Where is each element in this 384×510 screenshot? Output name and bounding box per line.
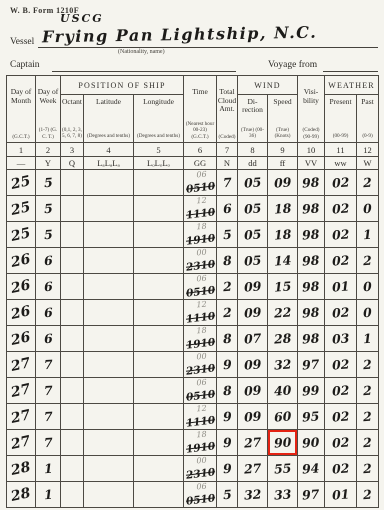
octant-cell [61, 326, 84, 352]
wind-speed-cell: 22 [268, 300, 298, 326]
day-of-week-cell: 7 [36, 352, 61, 378]
visibility-cell-value: 98 [302, 252, 320, 268]
col-num: 10 [298, 143, 325, 157]
day-of-week-cell-value: 7 [43, 356, 53, 372]
weather-present-cell: 01 [325, 274, 357, 300]
col-header-wind-direction: Di-rection(True) (00-36) [238, 95, 268, 143]
wind-speed-cell: 14 [268, 248, 298, 274]
col-num: 5 [134, 143, 184, 157]
latitude-cell [84, 352, 134, 378]
day-of-week-cell: 6 [36, 326, 61, 352]
original-time-struck: 0510 [185, 284, 215, 299]
col-title: Latitude [96, 96, 121, 107]
wind-speed-cell: 18 [268, 222, 298, 248]
cloud-amount-cell-value: 2 [222, 304, 232, 320]
weather-present-cell-value: 03 [331, 330, 349, 346]
day-of-week-cell: 6 [36, 300, 61, 326]
day-of-week-cell: 6 [36, 248, 61, 274]
weather-present-cell: 02 [325, 404, 357, 430]
longitude-cell [134, 170, 184, 196]
col-header-day-of-month: Day of Month(G.C.T.) [7, 76, 36, 143]
col-symbol: N [217, 157, 238, 170]
time-cell: 060510 [184, 482, 217, 508]
col-title: Visi-bility [298, 76, 324, 105]
column-symbol-row: — Y Q LₐLₐLₐ LₒLₒLₒ GG N dd ff VV ww W [7, 157, 379, 170]
weather-present-cell-value: 02 [331, 460, 349, 476]
weather-past-cell-value: 2 [363, 382, 373, 398]
weather-present-cell: 02 [325, 430, 357, 456]
table-row: 2661211102092298020 [7, 300, 379, 326]
original-time-struck: 1910 [185, 440, 215, 455]
col-symbol: Y [36, 157, 61, 170]
day-of-week-cell-value: 1 [43, 460, 53, 476]
weather-present-cell-value: 02 [331, 174, 349, 190]
day-of-month-cell-value: 27 [10, 355, 32, 375]
col-symbol: ff [268, 157, 298, 170]
corrected-hour: 12 [196, 404, 207, 414]
wind-speed-cell: 28 [268, 326, 298, 352]
weather-past-cell-value: 2 [363, 174, 373, 190]
cloud-amount-cell-value: 9 [222, 460, 232, 476]
wind-direction-cell: 09 [238, 352, 268, 378]
col-num: 9 [268, 143, 298, 157]
day-of-month-cell-value: 26 [10, 329, 32, 349]
day-of-month-cell-value: 26 [10, 251, 32, 271]
longitude-cell [134, 482, 184, 508]
col-num: 3 [61, 143, 84, 157]
visibility-cell: 98 [298, 222, 325, 248]
latitude-cell [84, 222, 134, 248]
visibility-cell: 97 [298, 482, 325, 508]
day-of-week-cell-value: 6 [43, 278, 53, 294]
time-cell: 002310 [184, 352, 217, 378]
table-header: Day of Month(G.C.T.) Day of Week(1-7) (G… [7, 76, 379, 170]
agency-handwritten: USCG [60, 12, 104, 25]
wind-speed-cell-value: 18 [273, 200, 291, 216]
table-row: 2810023109275594022 [7, 456, 379, 482]
corrected-hour: 06 [196, 482, 207, 492]
col-title: Longitude [143, 96, 174, 107]
day-of-month-cell: 28 [7, 456, 36, 482]
weather-present-cell-value: 01 [331, 278, 349, 294]
weather-past-cell-value: 1 [363, 330, 373, 346]
col-header-visibility: Visi-bility(Coded) (90-99) [298, 76, 325, 143]
day-of-week-cell: 7 [36, 430, 61, 456]
wind-direction-cell-value: 09 [243, 356, 261, 372]
time-cell: 060510 [184, 378, 217, 404]
weather-past-cell-value: 1 [363, 226, 373, 242]
weather-past-cell: 2 [357, 430, 379, 456]
col-header-weather-past: Past(0-9) [357, 95, 379, 143]
day-of-month-cell: 27 [7, 352, 36, 378]
observations-body: 2550605107050998022255121110605189802025… [7, 170, 379, 508]
day-of-month-cell-value: 25 [10, 199, 32, 219]
col-header-weather-present: Present(00-99) [325, 95, 357, 143]
wind-direction-cell-value: 05 [243, 200, 261, 216]
day-of-month-cell: 25 [7, 222, 36, 248]
weather-present-cell-value: 01 [331, 486, 349, 502]
cloud-amount-cell-value: 9 [222, 356, 232, 372]
octant-cell [61, 300, 84, 326]
col-note: (1-7) (G. C. T.) [36, 127, 60, 142]
wind-speed-cell-value: 32 [273, 356, 291, 372]
visibility-cell-value: 98 [302, 226, 320, 242]
day-of-month-cell-value: 28 [10, 485, 32, 505]
day-of-month-cell-value: 26 [10, 277, 32, 297]
col-title: Speed [273, 96, 291, 107]
weather-present-cell-value: 02 [331, 382, 349, 398]
original-time-struck: 0510 [185, 388, 215, 403]
wind-speed-cell: 15 [268, 274, 298, 300]
weather-past-cell-value: 0 [363, 278, 373, 294]
corrected-hour: 00 [196, 456, 207, 466]
original-time-struck: 0510 [185, 180, 215, 195]
cloud-amount-cell: 5 [217, 482, 238, 508]
weather-present-cell: 02 [325, 300, 357, 326]
time-cell: 121110 [184, 300, 217, 326]
col-note: (00-99) [332, 133, 350, 142]
day-of-month-cell: 25 [7, 196, 36, 222]
group-header-position-of-ship: POSITION OF SHIP [61, 76, 184, 95]
table-row: 2660023108051498022 [7, 248, 379, 274]
day-of-month-cell: 26 [7, 274, 36, 300]
day-of-month-cell: 26 [7, 300, 36, 326]
weather-present-cell: 02 [325, 170, 357, 196]
visibility-cell: 98 [298, 274, 325, 300]
wind-speed-cell: 60 [268, 404, 298, 430]
weather-present-cell-value: 02 [331, 356, 349, 372]
cloud-amount-cell: 6 [217, 196, 238, 222]
wind-direction-cell-value: 27 [243, 434, 261, 450]
day-of-week-cell-value: 7 [43, 382, 53, 398]
col-header-time: Time(Nearest hour 00-23) (G.C.T.) [184, 76, 217, 143]
voyage-underline [323, 71, 378, 72]
col-title: Day of Month [7, 76, 35, 105]
weather-past-cell: 0 [357, 274, 379, 300]
col-symbol: W [357, 157, 379, 170]
visibility-cell-value: 90 [302, 434, 320, 450]
latitude-cell [84, 326, 134, 352]
visibility-cell: 97 [298, 352, 325, 378]
longitude-cell [134, 248, 184, 274]
wind-direction-cell-value: 32 [243, 486, 261, 502]
table-row: 2551211106051898020 [7, 196, 379, 222]
col-title: Octant [62, 96, 82, 107]
col-header-wind-speed: Speed(True) (Knots) [268, 95, 298, 143]
captain-label: Captain [10, 60, 40, 70]
col-title: Total Cloud Amt. [217, 76, 237, 114]
col-title: Day of Week [36, 76, 60, 105]
col-title: Time [192, 76, 208, 97]
corrected-hour: 00 [196, 352, 207, 362]
cloud-amount-cell: 9 [217, 352, 238, 378]
weather-past-cell-value: 2 [363, 460, 373, 476]
wind-speed-cell-value: 18 [273, 226, 291, 242]
wind-speed-cell: 55 [268, 456, 298, 482]
wind-speed-cell: 40 [268, 378, 298, 404]
group-header-weather: WEATHER [325, 76, 379, 95]
time-cell: 060510 [184, 274, 217, 300]
latitude-cell [84, 482, 134, 508]
latitude-cell [84, 430, 134, 456]
table-row: 2770605108094099022 [7, 378, 379, 404]
cloud-amount-cell-value: 7 [222, 174, 232, 190]
day-of-month-cell-value: 27 [10, 433, 32, 453]
day-of-month-cell-value: 25 [10, 225, 32, 245]
corrected-hour: 00 [196, 248, 207, 258]
corrected-hour: 06 [196, 170, 207, 180]
latitude-cell [84, 378, 134, 404]
octant-cell [61, 274, 84, 300]
latitude-cell [84, 456, 134, 482]
day-of-month-cell: 27 [7, 404, 36, 430]
wind-direction-cell: 09 [238, 378, 268, 404]
original-time-struck: 2310 [185, 258, 215, 273]
octant-cell [61, 248, 84, 274]
octant-cell [61, 456, 84, 482]
wind-direction-cell-value: 05 [243, 252, 261, 268]
weather-present-cell: 02 [325, 456, 357, 482]
weather-past-cell-value: 2 [363, 486, 373, 502]
visibility-cell-value: 94 [302, 460, 320, 476]
day-of-month-cell-value: 27 [10, 381, 32, 401]
corrected-hour: 12 [196, 196, 207, 206]
original-time-struck: 0510 [185, 492, 215, 507]
weather-past-cell: 2 [357, 456, 379, 482]
longitude-cell [134, 430, 184, 456]
group-header-wind: WIND [238, 76, 298, 95]
original-time-struck: 1110 [185, 206, 215, 221]
cloud-amount-cell-value: 9 [222, 408, 232, 424]
longitude-cell [134, 456, 184, 482]
corrected-hour: 06 [196, 274, 207, 284]
weather-present-cell-value: 02 [331, 408, 349, 424]
latitude-cell [84, 248, 134, 274]
cloud-amount-cell: 7 [217, 170, 238, 196]
visibility-cell: 90 [298, 430, 325, 456]
original-time-struck: 1110 [185, 310, 215, 325]
col-num: 8 [238, 143, 268, 157]
day-of-week-cell: 7 [36, 378, 61, 404]
time-cell: 181910 [184, 222, 217, 248]
vessel-underline [38, 47, 378, 48]
wind-direction-cell-value: 09 [243, 382, 261, 398]
weather-past-cell: 2 [357, 170, 379, 196]
captain-underline [52, 71, 236, 72]
wind-speed-cell: 32 [268, 352, 298, 378]
weather-present-cell-value: 02 [331, 304, 349, 320]
col-note: (True) (Knots) [268, 127, 297, 142]
octant-cell [61, 222, 84, 248]
day-of-month-cell: 27 [7, 430, 36, 456]
day-of-month-cell-value: 28 [10, 459, 32, 479]
day-of-week-cell-value: 5 [43, 200, 53, 216]
wind-direction-cell: 05 [238, 170, 268, 196]
weather-past-cell: 2 [357, 248, 379, 274]
observation-table: Day of Month(G.C.T.) Day of Week(1-7) (G… [6, 75, 379, 508]
latitude-cell [84, 196, 134, 222]
wind-speed-cell: 18 [268, 196, 298, 222]
longitude-cell [134, 274, 184, 300]
day-of-week-cell: 5 [36, 222, 61, 248]
cloud-amount-cell: 5 [217, 222, 238, 248]
wind-speed-cell-value: 33 [273, 486, 291, 502]
visibility-cell: 98 [298, 300, 325, 326]
col-header-day-of-week: Day of Week(1-7) (G. C. T.) [36, 76, 61, 143]
octant-cell [61, 430, 84, 456]
weather-past-cell: 0 [357, 300, 379, 326]
weather-past-cell-value: 2 [363, 252, 373, 268]
original-time-struck: 2310 [185, 466, 215, 481]
day-of-month-cell-value: 27 [10, 407, 32, 427]
longitude-cell [134, 300, 184, 326]
cloud-amount-cell-value: 9 [222, 434, 232, 450]
corrected-hour: 18 [196, 222, 207, 232]
visibility-cell-value: 98 [302, 200, 320, 216]
original-time-struck: 1110 [185, 414, 215, 429]
weather-past-cell: 2 [357, 482, 379, 508]
table-row: 2810605105323397012 [7, 482, 379, 508]
octant-cell [61, 170, 84, 196]
weather-past-cell: 1 [357, 222, 379, 248]
col-title: Di-rection [238, 96, 267, 115]
col-note: (Degrees and tenths) [86, 133, 131, 142]
weather-log-page: W. B. Form 1210F USCG Vessel Frying Pan … [0, 0, 384, 510]
col-note: (True) (00-36) [238, 127, 267, 142]
visibility-cell: 98 [298, 196, 325, 222]
weather-present-cell-value: 02 [331, 226, 349, 242]
col-header-total-cloud: Total Cloud Amt.(Coded) [217, 76, 238, 143]
wind-direction-cell: 07 [238, 326, 268, 352]
visibility-cell: 99 [298, 378, 325, 404]
wind-speed-cell-value: 28 [273, 330, 291, 346]
longitude-cell [134, 378, 184, 404]
day-of-week-cell-value: 5 [43, 174, 53, 190]
wind-direction-cell: 09 [238, 274, 268, 300]
voyage-from-label: Voyage from [268, 60, 317, 70]
day-of-week-cell: 1 [36, 482, 61, 508]
time-cell: 181910 [184, 326, 217, 352]
wind-direction-cell: 32 [238, 482, 268, 508]
corrected-hour: 18 [196, 430, 207, 440]
table-row: 2771819109279090022 [7, 430, 379, 456]
col-num: 2 [36, 143, 61, 157]
day-of-month-cell: 27 [7, 378, 36, 404]
day-of-week-cell-value: 1 [43, 486, 53, 502]
col-header-longitude: Longitude(Degrees and tenths) [134, 95, 184, 143]
longitude-cell [134, 404, 184, 430]
weather-past-cell-value: 2 [363, 408, 373, 424]
col-num: 12 [357, 143, 379, 157]
col-symbol: ww [325, 157, 357, 170]
longitude-cell [134, 222, 184, 248]
weather-present-cell: 02 [325, 352, 357, 378]
wind-speed-cell-value: 09 [273, 174, 291, 190]
day-of-week-cell-value: 6 [43, 330, 53, 346]
col-symbol: LₒLₒLₒ [134, 157, 184, 170]
wind-direction-cell: 05 [238, 248, 268, 274]
latitude-cell [84, 300, 134, 326]
wind-speed-cell: 33 [268, 482, 298, 508]
wind-direction-cell-value: 27 [243, 460, 261, 476]
wind-speed-cell-value: 55 [273, 460, 291, 476]
visibility-cell-value: 95 [302, 408, 320, 424]
weather-present-cell-value: 02 [331, 434, 349, 450]
visibility-cell-value: 97 [302, 356, 320, 372]
col-note: (0-9) [361, 133, 373, 142]
cloud-amount-cell: 8 [217, 326, 238, 352]
time-cell: 181910 [184, 430, 217, 456]
weather-present-cell-value: 02 [331, 252, 349, 268]
table-row: 2771211109096095022 [7, 404, 379, 430]
col-symbol: — [7, 157, 36, 170]
col-num: 6 [184, 143, 217, 157]
time-cell: 121110 [184, 196, 217, 222]
weather-past-cell-value: 0 [363, 200, 373, 216]
weather-present-cell: 02 [325, 196, 357, 222]
day-of-week-cell: 7 [36, 404, 61, 430]
day-of-month-cell: 26 [7, 248, 36, 274]
wind-speed-cell-value: 22 [273, 304, 291, 320]
wind-direction-cell: 27 [238, 456, 268, 482]
wind-direction-cell: 05 [238, 196, 268, 222]
weather-present-cell: 03 [325, 326, 357, 352]
weather-past-cell-value: 2 [363, 434, 373, 450]
col-note: (Coded) (90-99) [298, 127, 324, 142]
col-num: 1 [7, 143, 36, 157]
cloud-amount-cell-value: 8 [222, 330, 232, 346]
col-title: Present [329, 96, 351, 107]
wind-direction-cell: 09 [238, 404, 268, 430]
wind-direction-cell: 05 [238, 222, 268, 248]
vessel-label: Vessel [10, 37, 34, 47]
wind-direction-cell-value: 09 [243, 278, 261, 294]
visibility-cell: 98 [298, 326, 325, 352]
original-time-struck: 1910 [185, 336, 215, 351]
visibility-cell: 94 [298, 456, 325, 482]
day-of-month-cell: 28 [7, 482, 36, 508]
weather-past-cell-value: 2 [363, 356, 373, 372]
day-of-week-cell: 6 [36, 274, 61, 300]
wind-speed-cell-value: 14 [273, 252, 291, 268]
weather-past-cell: 1 [357, 326, 379, 352]
col-note: (G.C.T.) [11, 134, 30, 143]
col-header-latitude: Latitude(Degrees and tenths) [84, 95, 134, 143]
vessel-name-value: Frying Pan Lightship, N.C. [42, 23, 318, 47]
original-time-struck: 2310 [185, 362, 215, 377]
col-num: 4 [84, 143, 134, 157]
visibility-cell-value: 98 [302, 278, 320, 294]
visibility-cell: 98 [298, 170, 325, 196]
weather-present-cell: 01 [325, 482, 357, 508]
longitude-cell [134, 326, 184, 352]
longitude-cell [134, 352, 184, 378]
weather-past-cell: 2 [357, 352, 379, 378]
wind-speed-cell-value: 40 [273, 382, 291, 398]
nationality-note: (Nationality, name) [118, 49, 165, 55]
time-cell: 002310 [184, 248, 217, 274]
weather-present-cell: 02 [325, 248, 357, 274]
corrected-hour: 12 [196, 300, 207, 310]
cloud-amount-cell-value: 5 [222, 486, 232, 502]
longitude-cell [134, 196, 184, 222]
wind-direction-cell-value: 09 [243, 304, 261, 320]
octant-cell [61, 196, 84, 222]
wind-speed-cell: 90 [268, 430, 298, 456]
column-number-row: 1 2 3 4 5 6 7 8 9 10 11 12 [7, 143, 379, 157]
day-of-month-cell: 25 [7, 170, 36, 196]
cloud-amount-cell: 9 [217, 430, 238, 456]
